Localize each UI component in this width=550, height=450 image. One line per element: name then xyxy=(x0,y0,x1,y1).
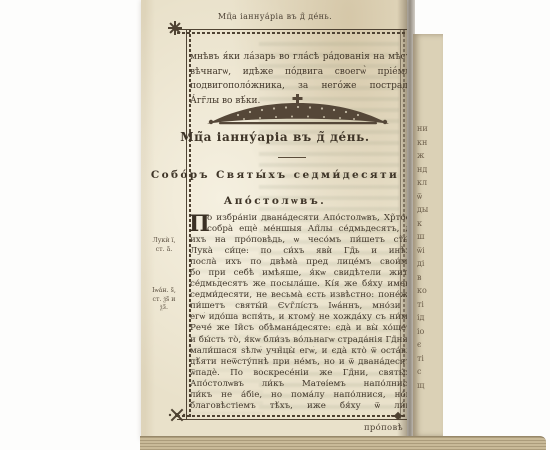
body-line: собра̀ ещѐ ме́ншыя Ап̃лы се́дмьдесятъ, д… xyxy=(190,224,407,235)
body-paragraph: о избра́ніи двана́десяти Апо́столѡвъ, Хр… xyxy=(190,213,407,412)
body-line: се́дмьдесятъ же посыла́ше. Кі́я же бя́ху… xyxy=(190,279,407,290)
day-title: Мц̃а іанну́аріа въ д̃ де́нь. xyxy=(159,130,391,144)
frame-border-bottom xyxy=(177,415,407,420)
body-line: посла̀ ихъ по двѣма̀ пред лице́мъ свои́м… xyxy=(190,257,407,268)
margin-note-line: ст. ѯѕ̃ и xyxy=(143,296,185,305)
body-line: бо при себѣ имѣяше, я́кѡ свидѣтели житія… xyxy=(190,268,407,279)
margin-note-line: ѯз̃. xyxy=(143,304,185,313)
book-page: Мц̃а іаннуа́ріа въ д̃ де́нь. xyxy=(141,0,407,440)
feast-subtitle: Собо́ръ Святы́хъ седми́десяти xyxy=(149,169,401,181)
body-line: егѡ̀ идо́ша вспя́ть, и ктому̀ не хожда́х… xyxy=(190,312,407,323)
body-line: мали́шася ѕѣлѡ̀ учн̃цы̀ егѡ̀, и єда̀ кто… xyxy=(190,346,407,357)
page-edge-band xyxy=(140,436,546,450)
feast-subtitle: Апо́столѡвъ. xyxy=(149,195,401,207)
headpiece-ornament-icon xyxy=(203,94,393,128)
facing-page-sliver: ни кн ж нд кл ѿ ды к ш ѿі ді в ко ті ід … xyxy=(413,34,443,437)
body-line: пи́шетъ святы́й Єѵг̃лі́стъ Іѡа́ннъ, мно́… xyxy=(190,301,407,312)
margin-note-line: ст. а̃. xyxy=(143,246,185,255)
body-line: ихъ на про́повѣдь, ѡ чесо́мъ пи́шетъ ст̃… xyxy=(190,235,407,246)
margin-note-john: Іѡа́н. ѕ̃, ст. ѯѕ̃ и ѯз̃. xyxy=(143,287,185,313)
margin-note-luke: Лукѝ ї, ст. а̃. xyxy=(143,237,185,254)
facing-page-text-fragments: ни кн ж нд кл ѿ ды к ш ѿі ді в ко ті ід … xyxy=(417,122,439,392)
running-header: Мц̃а іаннуа́ріа въ д̃ де́нь. xyxy=(159,12,391,21)
star-ornament-icon xyxy=(167,20,183,36)
intro-line: подвигополо́жника, за него́же пострада̀,… xyxy=(190,79,407,94)
title-divider xyxy=(278,157,306,158)
intro-line: мнѣвъ я́ки ла́зарь во гла́сѣ ра́дованія … xyxy=(190,50,407,65)
body-line: ѿпадѐ. По воскресе́ніи же Гд̃ни, святы́х… xyxy=(190,368,407,379)
margin-note-line: Іѡа́н. ѕ̃, xyxy=(143,287,185,296)
cross-ornament-icon xyxy=(168,407,186,423)
body-line: седми́десяти, не весьма̀ єсть извѣстно: … xyxy=(190,290,407,301)
body-line: Лука̀ си́це: по си́хъ явѝ Гд̃ь и инѣхъ с… xyxy=(190,246,407,257)
body-line: Апо́столѡвъ ли́къ Матѳі́емъ напо́лнися: … xyxy=(190,379,407,390)
margin-note-line: Лукѝ ї, xyxy=(143,237,185,246)
frame-border-top xyxy=(177,29,407,34)
body-line: Рече́ же Іи̃съ обѣмана́десяте: єда̀ и вы… xyxy=(190,323,407,334)
body-line: ли́къ не а́біе, но пома́лу напо́лнися, н… xyxy=(190,390,407,401)
catchword: про́повѣ xyxy=(327,423,403,433)
body-line: и бы́сть то̀, я́кѡ бли́зъ во́льнагѡ стра… xyxy=(190,335,407,346)
body-line: о избра́ніи двана́десяти Апо́столѡвъ, Хр… xyxy=(190,213,407,224)
body-line: благовѣстіемъ тѣ́хъ, иже бя́ху ѿ ли́ка д… xyxy=(190,401,407,412)
body-line: дѣ́яти неѿсту́пнѣ при не́мъ, но и ѿ дван… xyxy=(190,357,407,368)
book-scan: Мц̃а іаннуа́ріа въ д̃ де́нь. xyxy=(0,0,550,450)
intro-line: вѣчнагѡ, идѣже по́двига своегѡ̀ пріе́мля… xyxy=(190,65,407,80)
